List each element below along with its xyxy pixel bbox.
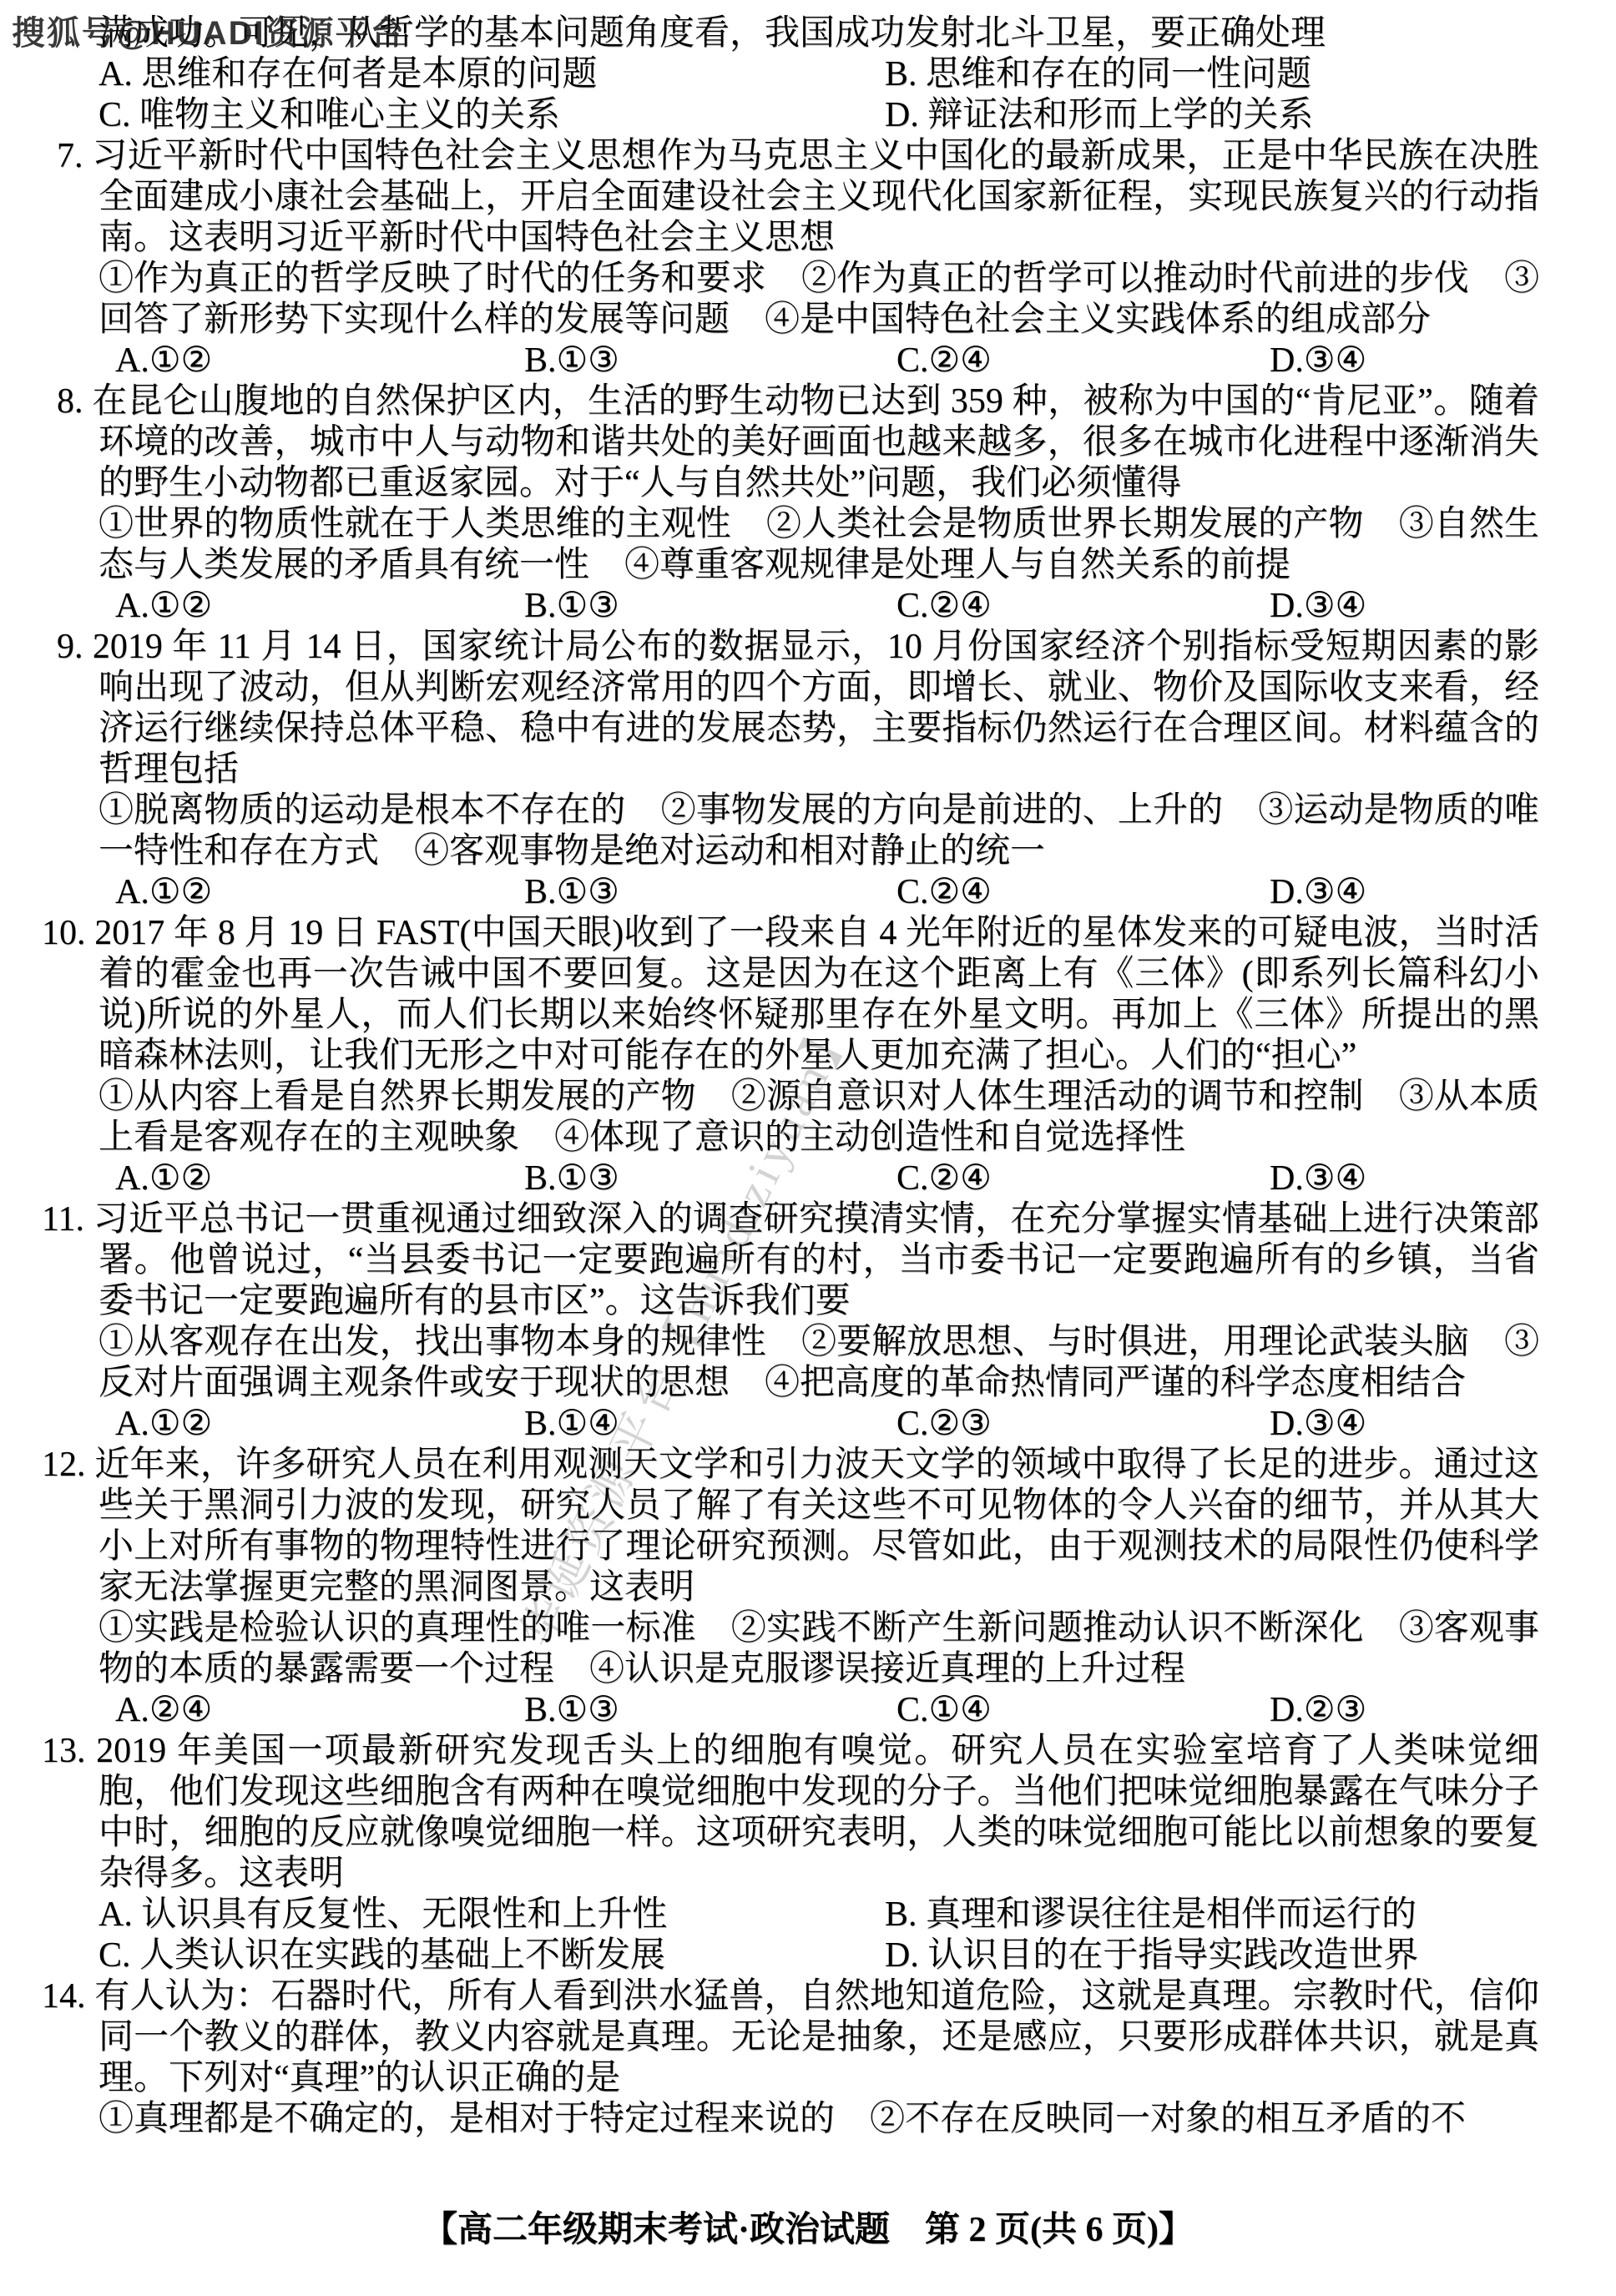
question-number: 7. <box>57 137 92 175</box>
question-suboptions: ①从客观存在出发，找出事物本身的规律性 ②要解放思想、与时俱进，用理论武装头脑 … <box>98 1322 1539 1404</box>
choice-item: B. 真理和谬误往往是相伴而运行的 <box>885 1895 1539 1935</box>
choice-item: B.①③ <box>524 1690 896 1731</box>
choice-row: A.①②B.①③C.②④D.③④ <box>98 341 1539 381</box>
question-stem: 14. 有人认为：石器时代，所有人看到洪水猛兽，自然地知道危险，这就是真理。宗教… <box>98 1976 1539 2099</box>
choice-item: B.①③ <box>524 586 896 627</box>
question-suboptions: ①实践是检验认识的真理性的唯一标准 ②实践不断产生新问题推动认识不断深化 ③客观… <box>98 1608 1539 1690</box>
question-suboptions: ①脱离物质的运动是根本不存在的 ②事物发展的方向是前进的、上升的 ③运动是物质的… <box>98 790 1539 872</box>
choice-item: D.③④ <box>1270 1404 1539 1445</box>
choice-row: A.①②B.①③C.②④D.③④ <box>98 872 1539 913</box>
choice-row: C. 唯物主义和唯心主义的关系D. 辩证法和形而上学的关系 <box>98 95 1539 136</box>
question-number: 9. <box>57 628 93 666</box>
choice-item: D.③④ <box>1270 1158 1539 1199</box>
question-number: 8. <box>57 382 92 421</box>
question-number: 11. <box>42 1200 93 1239</box>
question-stem: 11. 习近平总书记一贯重视通过细致深入的调查研究摸清实情，在充分掌握实情基础上… <box>98 1199 1539 1322</box>
question-suboptions: ①从内容上看是自然界长期发展的产物 ②源自意识对人体生理活动的调节和控制 ③从本… <box>98 1077 1539 1158</box>
choice-item: A. 思维和存在何者是本原的问题 <box>98 54 885 95</box>
page-footer: 【高二年级期末考试·政治试题 第 2 页(共 6 页)】 <box>0 2210 1616 2251</box>
question-number: 14. <box>42 1977 94 2016</box>
choice-item: D. 认识目的在于指导实践改造世界 <box>885 1935 1539 1976</box>
question-number: 13. <box>42 1732 96 1770</box>
choice-row: A.①②B.①④C.②③D.③④ <box>98 1404 1539 1445</box>
exam-page: 搜狐号@HUADI资源平台 华诞资源平台【huadiziyuan】 满成功。可见… <box>0 0 1616 2296</box>
choice-item: B.①④ <box>524 1404 896 1445</box>
choice-item: D.③④ <box>1270 872 1539 913</box>
choice-item: C. 人类认识在实践的基础上不断发展 <box>98 1935 885 1976</box>
choice-item: A.①② <box>115 586 524 627</box>
question-stem: 13. 2019 年美国一项最新研究发现舌头上的细胞有嗅觉。研究人员在实验室培育… <box>98 1731 1539 1895</box>
choice-row: A.①②B.①③C.②④D.③④ <box>98 586 1539 627</box>
choice-item: A.①② <box>115 1404 524 1445</box>
question-stem: 10. 2017 年 8 月 19 日 FAST(中国天眼)收到了一段来自 4 … <box>98 913 1539 1077</box>
choice-item: A. 认识具有反复性、无限性和上升性 <box>98 1895 885 1935</box>
choice-row: A. 思维和存在何者是本原的问题B. 思维和存在的同一性问题 <box>98 54 1539 95</box>
choice-item: B.①③ <box>524 341 896 381</box>
question-stem: 7. 习近平新时代中国特色社会主义思想作为马克思主义中国化的最新成果，正是中华民… <box>98 136 1539 259</box>
choice-item: B. 思维和存在的同一性问题 <box>885 54 1539 95</box>
watermark-sohu-huadi: 搜狐号@HUADI资源平台 <box>12 7 406 54</box>
choice-item: C.②④ <box>896 586 1270 627</box>
choice-row: A.①②B.①③C.②④D.③④ <box>98 1158 1539 1199</box>
choice-item: C.②④ <box>896 341 1270 381</box>
choice-item: C.②④ <box>896 872 1270 913</box>
choice-row: C. 人类认识在实践的基础上不断发展D. 认识目的在于指导实践改造世界 <box>98 1935 1539 1976</box>
choice-row: A.②④B.①③C.①④D.②③ <box>98 1690 1539 1731</box>
choice-item: A.①② <box>115 341 524 381</box>
question-number: 12. <box>42 1446 94 1484</box>
question-suboptions: ①世界的物质性就在于人类思维的主观性 ②人类社会是物质世界长期发展的产物 ③自然… <box>98 504 1539 586</box>
question-stem: 9. 2019 年 11 月 14 日，国家统计局公布的数据显示，10 月份国家… <box>98 627 1539 790</box>
choice-item: A.①② <box>115 1158 524 1199</box>
choice-item: B.①③ <box>524 1158 896 1199</box>
choice-item: D.②③ <box>1270 1690 1539 1731</box>
question-stem: 12. 近年来，许多研究人员在利用观测天文学和引力波天文学的领域中取得了长足的进… <box>98 1445 1539 1608</box>
choice-item: D.③④ <box>1270 341 1539 381</box>
choice-item: D. 辩证法和形而上学的关系 <box>885 95 1539 136</box>
question-stem: 8. 在昆仑山腹地的自然保护区内，生活的野生动物已达到 359 种，被称为中国的… <box>98 381 1539 504</box>
exam-content: 满成功。可见，从哲学的基本问题角度看，我国成功发射北斗卫星，要正确处理A. 思维… <box>0 0 1616 2140</box>
choice-item: C. 唯物主义和唯心主义的关系 <box>98 95 885 136</box>
choice-item: B.①③ <box>524 872 896 913</box>
choice-item: A.②④ <box>115 1690 524 1731</box>
question-suboptions: ①作为真正的哲学反映了时代的任务和要求 ②作为真正的哲学可以推动时代前进的步伐 … <box>98 259 1539 341</box>
choice-row: A. 认识具有反复性、无限性和上升性B. 真理和谬误往往是相伴而运行的 <box>98 1895 1539 1935</box>
choice-item: D.③④ <box>1270 586 1539 627</box>
question-suboptions: ①真理都是不确定的，是相对于特定过程来说的 ②不存在反映同一对象的相互矛盾的不 <box>98 2099 1539 2140</box>
choice-item: C.①④ <box>896 1690 1270 1731</box>
question-number: 10. <box>42 914 94 952</box>
choice-item: A.①② <box>115 872 524 913</box>
choice-item: C.②④ <box>896 1158 1270 1199</box>
choice-item: C.②③ <box>896 1404 1270 1445</box>
